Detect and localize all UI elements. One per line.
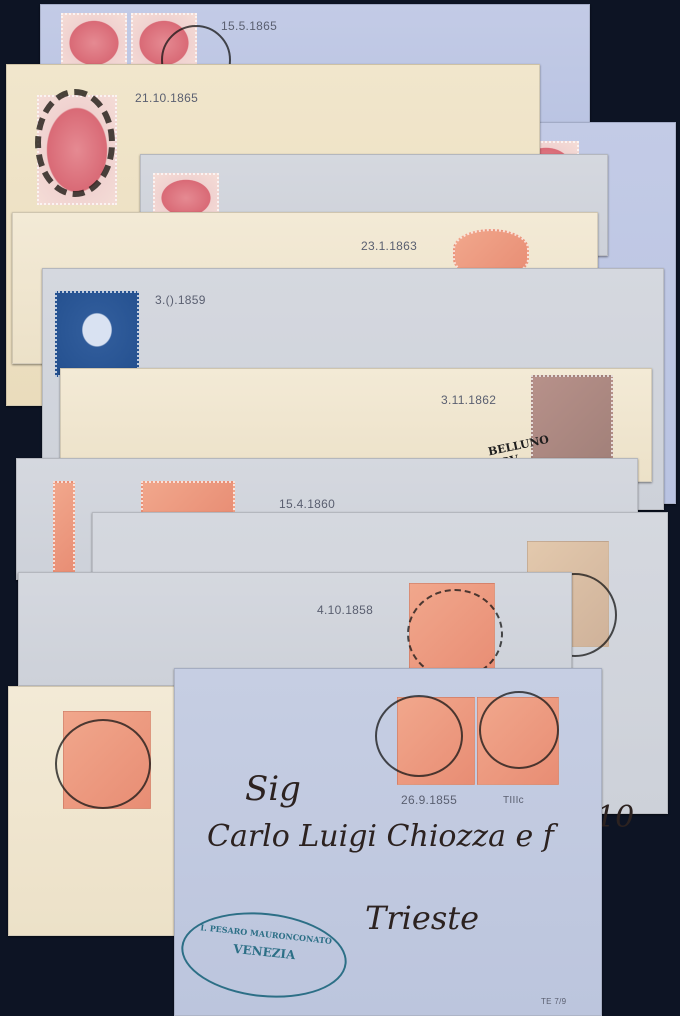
stamp-15-soldi-blue bbox=[55, 291, 139, 377]
address-line-1: Sig bbox=[245, 769, 301, 809]
type-note: TIIIc bbox=[503, 795, 524, 806]
date-note: 3.11.1862 bbox=[441, 393, 496, 407]
date-note: 4.10.1858 bbox=[317, 603, 373, 617]
date-note: 21.10.1865 bbox=[135, 91, 198, 105]
corner-note: TE 7/9 bbox=[541, 997, 566, 1006]
stamp-5-soldi-red bbox=[53, 481, 75, 577]
venezia-postmark bbox=[479, 691, 559, 769]
address-line-2: Carlo Luigi Chiozza e f bbox=[207, 819, 554, 854]
cover-11 bbox=[8, 686, 176, 936]
sender-handstamp: I. PESARO MAURONCONATO VENEZIA bbox=[177, 905, 351, 1006]
address-line-3: Trieste bbox=[365, 899, 479, 937]
date-note: 15.4.1860 bbox=[279, 497, 335, 511]
date-note: 3.().1859 bbox=[155, 293, 206, 307]
cover-12: 26.9.1855 TIIIc Sig Carlo Luigi Chiozza … bbox=[174, 668, 602, 1016]
date-note: 26.9.1855 bbox=[401, 793, 457, 807]
schio-postmark bbox=[407, 589, 503, 679]
venezia-postmark bbox=[375, 695, 463, 777]
barred-postmark bbox=[35, 89, 115, 197]
date-note: 23.1.1863 bbox=[361, 239, 417, 253]
date-note: 15.5.1865 bbox=[221, 19, 277, 33]
venezia-postmark bbox=[55, 719, 151, 809]
